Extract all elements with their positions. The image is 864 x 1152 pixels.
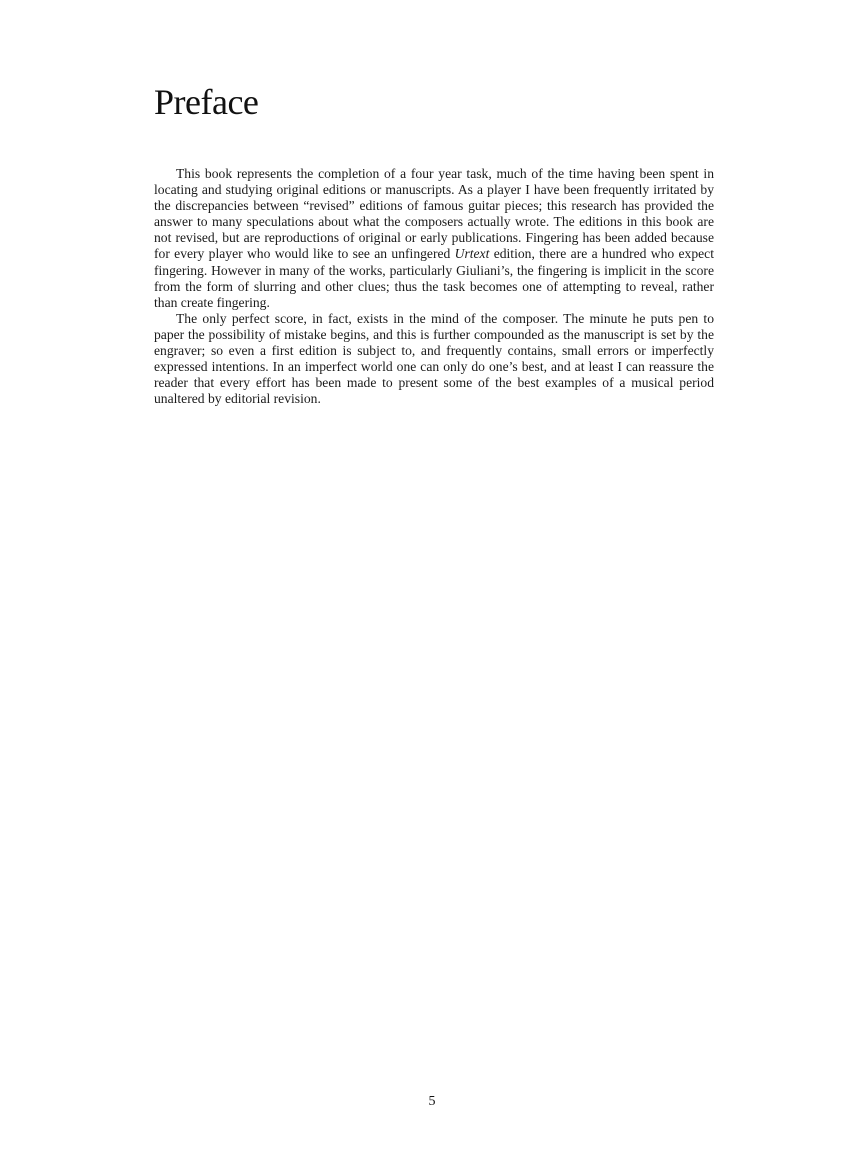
page-number: 5 <box>0 1094 864 1110</box>
paragraph-1: This book represents the completion of a… <box>154 166 714 311</box>
page-title: Preface <box>154 82 258 122</box>
paragraph-2: The only perfect score, in fact, exists … <box>154 311 714 408</box>
preface-body: This book represents the completion of a… <box>154 166 714 407</box>
urtext-emphasis: Urtext <box>455 246 490 261</box>
